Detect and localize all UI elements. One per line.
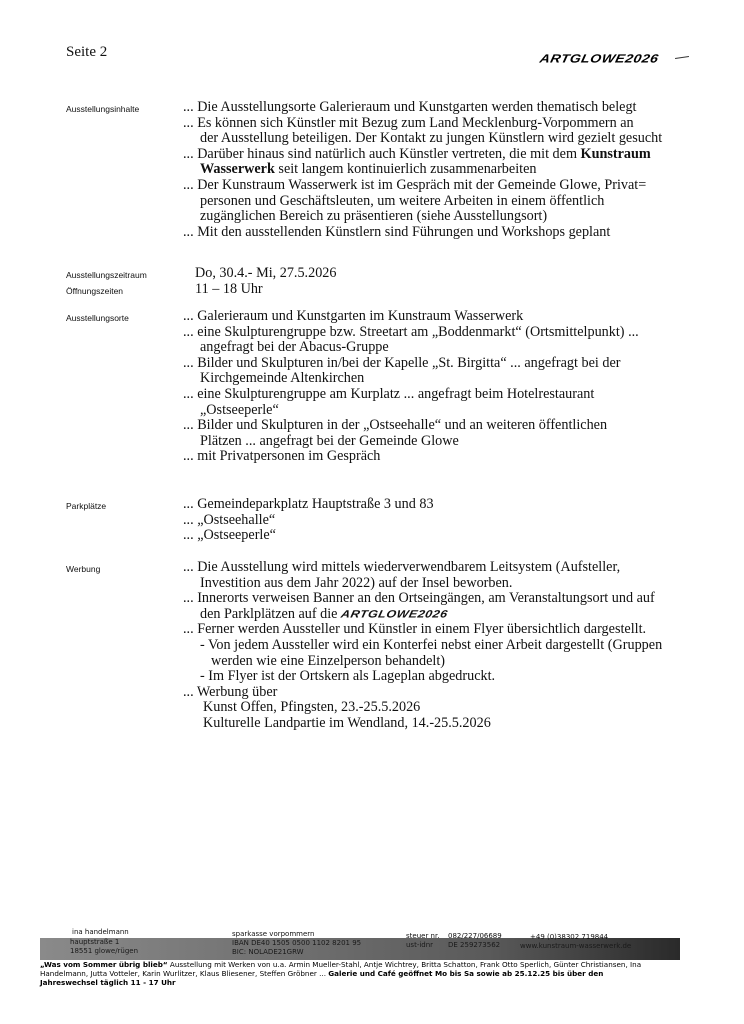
exhibition-title: „Was vom Sommer übrig blieb“ xyxy=(40,960,168,969)
text-line: ... Innerorts verweisen Banner an den Or… xyxy=(183,591,723,607)
text-run: Ausstellung mit Werken von u.a. Armin Mu… xyxy=(168,960,642,969)
section-content: ... Galerieraum und Kunstgarten im Kunst… xyxy=(183,309,723,465)
text-line: angefragt bei der Abacus-Gruppe xyxy=(183,340,723,356)
footer-phone: +49 (0)38302 719844 xyxy=(530,933,608,941)
text-line: ... Werbung über xyxy=(183,685,723,701)
footer-street: hauptstraße 1 xyxy=(70,938,119,946)
text-line: Kirchgemeinde Altenkirchen xyxy=(183,371,723,387)
footer-bank: sparkasse vorpommern xyxy=(232,930,314,938)
footer-line: „Was vom Sommer übrig blieb“ Ausstellung… xyxy=(40,960,730,969)
text-line: ... Die Ausstellung wird mittels wiederv… xyxy=(183,560,723,576)
footer-vat-value: DE 259273562 xyxy=(448,941,500,949)
text-line: den Parklplätzen auf die ARTGLOWE2026 xyxy=(183,607,723,623)
section-content: ... Die Ausstellungsorte Galerieraum und… xyxy=(183,100,723,240)
header-dash xyxy=(675,56,689,59)
opening-hours: 11 – 18 Uhr xyxy=(195,282,735,298)
text-line: ... Die Ausstellungsorte Galerieraum und… xyxy=(183,100,723,116)
text-line: ... „Ostseehalle“ xyxy=(183,513,723,529)
section-label: Ausstellungszeitraum xyxy=(66,270,147,280)
footer-line: Jahreswechsel täglich 11 - 17 Uhr xyxy=(40,978,730,987)
text-line: ... Ferner werden Aussteller und Künstle… xyxy=(183,622,723,638)
text-line: personen und Geschäftsleuten, um weitere… xyxy=(183,194,723,210)
text-line: zugänglichen Bereich zu präsentieren (si… xyxy=(183,209,723,225)
text-line: ... Es können sich Künstler mit Bezug zu… xyxy=(183,116,723,132)
text-line: Plätzen ... angefragt bei der Gemeinde G… xyxy=(183,434,723,450)
footer-iban: IBAN DE40 1505 0500 1102 8201 95 xyxy=(232,939,361,947)
text-line: ... Der Kunstraum Wasserwerk ist im Gesp… xyxy=(183,178,723,194)
text-line: ... Mit den ausstellenden Künstlern sind… xyxy=(183,225,723,241)
text-line: ... eine Skulpturengruppe am Kurplatz ..… xyxy=(183,387,723,403)
section-label: Ausstellungsorte xyxy=(66,313,129,323)
section-label: Öffnungszeiten xyxy=(66,286,123,296)
footer-vat-label: ust-idnr xyxy=(406,941,433,949)
text-line: ... mit Privatpersonen im Gespräch xyxy=(183,449,723,465)
text-line: Kulturelle Landpartie im Wendland, 14.-2… xyxy=(183,716,723,732)
text-line: ... eine Skulpturengruppe bzw. Streetart… xyxy=(183,325,723,341)
text-run: Handelmann, Jutta Votteler, Karin Wurlit… xyxy=(40,969,328,978)
kunstraum-bold: Kunstraum xyxy=(581,146,651,162)
footer-name: ina handelmann xyxy=(72,928,129,936)
footer-tax-value: 082/227/06689 xyxy=(448,932,502,940)
section-content: ... Gemeindeparkplatz Hauptstraße 3 und … xyxy=(183,497,723,544)
text-line: Kunst Offen, Pfingsten, 23.-25.5.2026 xyxy=(183,700,723,716)
text-run: den Parklplätzen auf die xyxy=(200,606,341,622)
text-line: Investition aus dem Jahr 2022) auf der I… xyxy=(183,576,723,592)
text-line: - Von jedem Aussteller wird ein Konterfe… xyxy=(183,638,723,654)
footer-line: Handelmann, Jutta Votteler, Karin Wurlit… xyxy=(40,969,730,978)
text-line: ... Bilder und Skulpturen in/bei der Kap… xyxy=(183,356,723,372)
text-line: werden wie eine Einzelperson behandelt) xyxy=(183,654,723,670)
text-line: - Im Flyer ist der Ortskern als Lageplan… xyxy=(183,669,723,685)
text-line: der Ausstellung beteiligen. Der Kontakt … xyxy=(183,131,723,147)
text-line: „Ostseeperle“ xyxy=(183,403,723,419)
text-line: ... Darüber hinaus sind natürlich auch K… xyxy=(183,147,723,163)
footer-exhibition-info: „Was vom Sommer übrig blieb“ Ausstellung… xyxy=(40,960,730,987)
opening-info: Galerie und Café geöffnet Mo bis Sa sowi… xyxy=(328,969,603,978)
footer-web: www.kunstraum-wasserwerk.de xyxy=(520,942,631,950)
section-content: 11 – 18 Uhr xyxy=(195,282,735,298)
text-run: seit langem kontinuierlich zusammenarbei… xyxy=(275,161,537,177)
text-line: ... Bilder und Skulpturen in der „Ostsee… xyxy=(183,418,723,434)
text-line: Wasserwerk seit langem kontinuierlich zu… xyxy=(183,162,723,178)
text-line: ... Gemeindeparkplatz Hauptstraße 3 und … xyxy=(183,497,723,513)
section-label: Ausstellungsinhalte xyxy=(66,104,139,114)
text-line: ... Galerieraum und Kunstgarten im Kunst… xyxy=(183,309,723,325)
artglowe-logo: ARTGLOWE2026 xyxy=(539,51,660,65)
date-range: Do, 30.4.- Mi, 27.5.2026 xyxy=(195,266,735,282)
section-label: Parkplätze xyxy=(66,501,106,511)
page-number: Seite 2 xyxy=(66,44,107,61)
section-label: Werbung xyxy=(66,564,100,574)
text-run: ... Darüber hinaus sind natürlich auch K… xyxy=(183,146,581,162)
footer-bic: BIC: NOLADE21GRW xyxy=(232,948,304,956)
text-line: ... „Ostseeperle“ xyxy=(183,528,723,544)
footer-city: 18551 glowe/rügen xyxy=(70,947,138,955)
section-content: Do, 30.4.- Mi, 27.5.2026 xyxy=(195,266,735,282)
section-content: ... Die Ausstellung wird mittels wiederv… xyxy=(183,560,723,732)
artglowe-inline-logo: ARTGLOWE2026 xyxy=(340,608,449,621)
wasserwerk-bold: Wasserwerk xyxy=(200,161,275,177)
footer-tax-label: steuer nr. xyxy=(406,932,439,940)
